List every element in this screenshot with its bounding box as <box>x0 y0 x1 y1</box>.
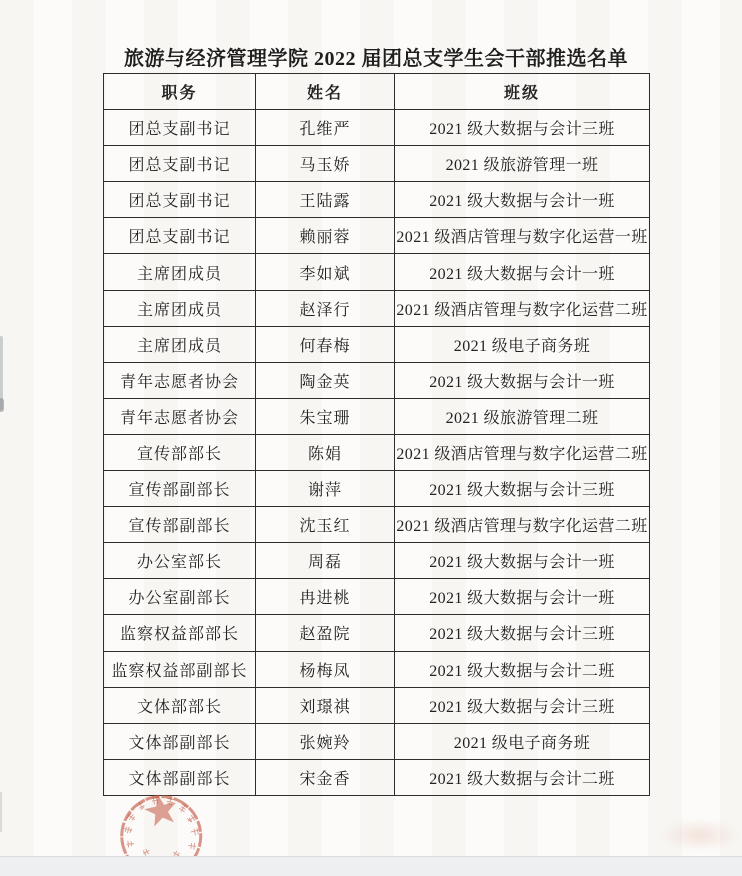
cell-name: 陶金英 <box>256 362 395 398</box>
scanner-edge-strip <box>0 856 742 876</box>
cell-name: 王陆露 <box>256 182 395 218</box>
cell-position: 监察权益部部长 <box>104 615 256 651</box>
cell-name: 周磊 <box>256 543 395 579</box>
cell-class: 2021 级酒店管理与数字化运营二班 <box>395 507 650 543</box>
cell-class: 2021 级旅游管理一班 <box>395 146 650 182</box>
cell-name: 何春梅 <box>256 326 395 362</box>
table-row: 团总支副书记 孔维严 2021 级大数据与会计三班 <box>104 110 650 146</box>
cell-class: 2021 级大数据与会计三班 <box>395 471 650 507</box>
document-title: 旅游与经济管理学院 2022 届团总支学生会干部推选名单 <box>103 42 649 71</box>
table-row: 监察权益部部长 赵盈院 2021 级大数据与会计三班 <box>104 615 650 651</box>
table-row: 办公室副部长 冉进桃 2021 级大数据与会计一班 <box>104 579 650 615</box>
table-row: 文体部部长 刘璟祺 2021 级大数据与会计三班 <box>104 687 650 723</box>
table-header-row: 职务 姓名 班级 <box>104 74 650 110</box>
cell-name: 赖丽蓉 <box>256 218 395 254</box>
table-row: 宣传部部长 陈娟 2021 级酒店管理与数字化运营二班 <box>104 434 650 470</box>
cell-class: 2021 级电子商务班 <box>395 723 650 759</box>
cell-name: 孔维严 <box>256 110 395 146</box>
header-cell-position: 职务 <box>104 74 256 110</box>
cell-name: 张婉羚 <box>256 723 395 759</box>
header-cell-class: 班级 <box>395 74 650 110</box>
cell-position: 团总支副书记 <box>104 146 256 182</box>
table-row: 宣传部副部长 沈玉红 2021 级酒店管理与数字化运营二班 <box>104 507 650 543</box>
cell-name: 朱宝珊 <box>256 398 395 434</box>
cell-name: 赵盈院 <box>256 615 395 651</box>
table-row: 青年志愿者协会 陶金英 2021 级大数据与会计一班 <box>104 362 650 398</box>
cell-position: 团总支副书记 <box>104 182 256 218</box>
cell-class: 2021 级大数据与会计一班 <box>395 579 650 615</box>
cell-name: 沈玉红 <box>256 507 395 543</box>
faint-stamp-smudge <box>660 818 740 852</box>
scan-edge-artifact <box>0 398 4 412</box>
cell-class: 2021 级酒店管理与数字化运营二班 <box>395 290 650 326</box>
cell-class: 2021 级大数据与会计一班 <box>395 362 650 398</box>
table-row: 宣传部副部长 谢萍 2021 级大数据与会计三班 <box>104 471 650 507</box>
table-row: 监察权益部副部长 杨梅凤 2021 级大数据与会计二班 <box>104 651 650 687</box>
table-row: 团总支副书记 赖丽蓉 2021 级酒店管理与数字化运营一班 <box>104 218 650 254</box>
cell-class: 2021 级大数据与会计一班 <box>395 254 650 290</box>
table-row: 主席团成员 李如斌 2021 级大数据与会计一班 <box>104 254 650 290</box>
cell-class: 2021 级大数据与会计三班 <box>395 110 650 146</box>
cell-name: 谢萍 <box>256 471 395 507</box>
cell-position: 主席团成员 <box>104 290 256 326</box>
table-row: 团总支副书记 马玉娇 2021 级旅游管理一班 <box>104 146 650 182</box>
cell-position: 主席团成员 <box>104 254 256 290</box>
cell-class: 2021 级大数据与会计一班 <box>395 182 650 218</box>
cell-class: 2021 级大数据与会计三班 <box>395 687 650 723</box>
cell-name: 马玉娇 <box>256 146 395 182</box>
cell-position: 青年志愿者协会 <box>104 398 256 434</box>
cell-name: 冉进桃 <box>256 579 395 615</box>
roster-table: 职务 姓名 班级 团总支副书记 孔维严 2021 级大数据与会计三班 团总支副书… <box>103 73 650 796</box>
cell-class: 2021 级大数据与会计一班 <box>395 543 650 579</box>
table-row: 主席团成员 赵泽行 2021 级酒店管理与数字化运营二班 <box>104 290 650 326</box>
cell-class: 2021 级酒店管理与数字化运营二班 <box>395 434 650 470</box>
cell-class: 2021 级旅游管理二班 <box>395 398 650 434</box>
cell-position: 宣传部部长 <box>104 434 256 470</box>
table-row: 青年志愿者协会 朱宝珊 2021 级旅游管理二班 <box>104 398 650 434</box>
table-row: 团总支副书记 王陆露 2021 级大数据与会计一班 <box>104 182 650 218</box>
cell-name: 陈娟 <box>256 434 395 470</box>
cell-position: 青年志愿者协会 <box>104 362 256 398</box>
header-cell-name: 姓名 <box>256 74 395 110</box>
table-row: 文体部副部长 张婉羚 2021 级电子商务班 <box>104 723 650 759</box>
table-row: 主席团成员 何春梅 2021 级电子商务班 <box>104 326 650 362</box>
cell-position: 监察权益部副部长 <box>104 651 256 687</box>
cell-position: 宣传部副部长 <box>104 507 256 543</box>
cell-position: 办公室部长 <box>104 543 256 579</box>
cell-position: 主席团成员 <box>104 326 256 362</box>
cell-position: 文体部部长 <box>104 687 256 723</box>
cell-class: 2021 级大数据与会计三班 <box>395 615 650 651</box>
cell-name: 赵泽行 <box>256 290 395 326</box>
cell-position: 团总支副书记 <box>104 218 256 254</box>
cell-name: 杨梅凤 <box>256 651 395 687</box>
cell-class: 2021 级大数据与会计二班 <box>395 651 650 687</box>
cell-position: 文体部副部长 <box>104 759 256 795</box>
cell-name: 宋金香 <box>256 759 395 795</box>
cell-name: 李如斌 <box>256 254 395 290</box>
cell-position: 文体部副部长 <box>104 723 256 759</box>
cell-position: 办公室副部长 <box>104 579 256 615</box>
cell-class: 2021 级酒店管理与数字化运营一班 <box>395 218 650 254</box>
cell-class: 2021 级大数据与会计二班 <box>395 759 650 795</box>
cell-position: 宣传部副部长 <box>104 471 256 507</box>
cell-class: 2021 级电子商务班 <box>395 326 650 362</box>
roster-table-body: 团总支副书记 孔维严 2021 级大数据与会计三班 团总支副书记 马玉娇 202… <box>104 110 650 796</box>
cell-position: 团总支副书记 <box>104 110 256 146</box>
table-row: 文体部副部长 宋金香 2021 级大数据与会计二班 <box>104 759 650 795</box>
cell-name: 刘璟祺 <box>256 687 395 723</box>
table-row: 办公室部长 周磊 2021 级大数据与会计一班 <box>104 543 650 579</box>
scan-edge-artifact <box>0 792 2 832</box>
